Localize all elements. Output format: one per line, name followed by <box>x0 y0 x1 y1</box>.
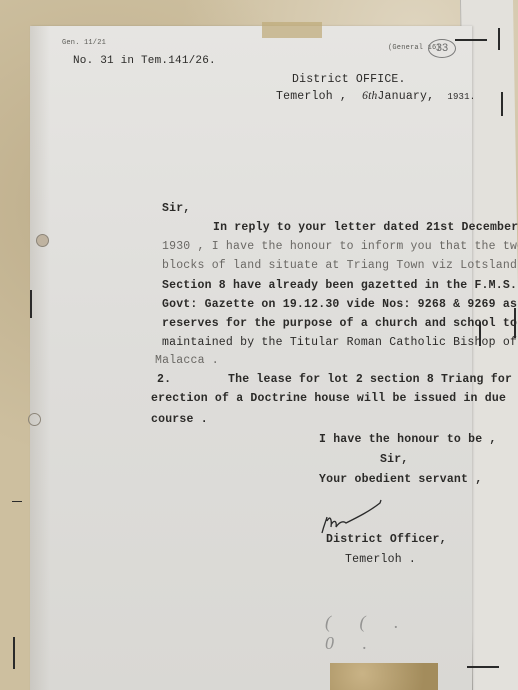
body-line-1: In reply to your letter dated 21st Decem… <box>213 221 518 234</box>
salutation: Sir, <box>162 202 190 215</box>
letter-page <box>30 26 472 690</box>
body-line-10: erection of a Doctrine house will be iss… <box>151 392 506 405</box>
margin-mark <box>30 290 32 318</box>
margin-mark <box>498 28 500 50</box>
body-line-3: blocks of land situate at Triang Town vi… <box>162 259 518 272</box>
month: January, <box>377 90 434 103</box>
body-line-8: Malacca . <box>155 354 219 367</box>
margin-mark <box>12 501 22 502</box>
folio-number: 33 <box>428 39 456 58</box>
tape-residue-bottom <box>330 663 438 690</box>
body-line-5: Govt: Gazette on 19.12.30 vide Nos: 9268… <box>162 298 517 311</box>
closing-line-3: Your obedient servant , <box>319 473 482 486</box>
year: 1931. <box>447 92 475 102</box>
body-line-2: 1930 , I have the honour to inform you t… <box>162 240 518 253</box>
body-line-6: reserves for the purpose of a church and… <box>162 317 518 330</box>
top-stamp: Gen. 11/21 <box>62 39 106 47</box>
punch-hole-icon <box>36 234 49 247</box>
signatory-title: District Officer, <box>326 533 447 546</box>
place: Temerloh , <box>276 90 347 103</box>
body-line-4: Section 8 have already been gazetted in … <box>162 279 517 292</box>
margin-mark <box>13 637 15 669</box>
day: 6th <box>362 90 377 102</box>
punch-hole-icon <box>28 413 41 426</box>
office-line: District OFFICE. <box>292 73 406 86</box>
paper-shade <box>30 26 50 690</box>
body-line-9: 2. The lease for lot 2 section 8 Triang … <box>157 373 518 386</box>
margin-mark <box>479 322 481 346</box>
body-line-11: course . <box>151 413 208 426</box>
pencil-note: ( ( . 0 . <box>325 612 435 642</box>
place-date: Temerloh , 6thJanuary, 1931. <box>276 90 475 103</box>
margin-mark <box>514 308 516 338</box>
reference-number: No. 31 in Tem.141/26. <box>73 55 216 67</box>
closing-line-2: Sir, <box>380 453 408 466</box>
margin-mark <box>467 666 499 668</box>
tape-residue-top <box>262 22 322 38</box>
margin-mark <box>501 92 503 116</box>
signature-icon <box>318 497 398 537</box>
signatory-place: Temerloh . <box>345 553 416 566</box>
pen-mark <box>455 39 487 41</box>
closing-line-1: I have the honour to be , <box>319 433 497 446</box>
body-line-7: maintained by the Titular Roman Catholic… <box>162 336 517 349</box>
